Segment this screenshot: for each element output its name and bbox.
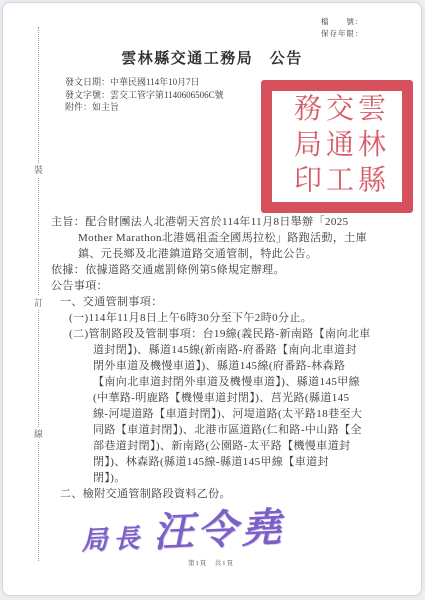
file-number-block: 檔 號： 保存年限：: [321, 16, 364, 40]
body-line: Mother Marathon北港媽祖盃全國馬拉松」路跑活動，土庫: [51, 230, 407, 246]
attachment-line: 附件：如主旨: [65, 101, 224, 114]
body-line: 【南向北車道封閉外車道及機慢車道】)、縣道145甲線: [51, 374, 407, 390]
body-line: (中華路-明鹿路【機慢車道封閉】)、莒光路(縣道145: [51, 390, 407, 406]
document-page: 裝 訂 線 檔 號： 保存年限： 雲林縣交通工務局 公告 發文日期：中華民國11…: [2, 2, 422, 596]
document-meta: 發文日期：中華民國114年10月7日 發文字號：雲交工管字第1140606506…: [65, 76, 224, 114]
binding-mark-zhuang: 裝: [32, 163, 45, 177]
body-line: 道封閉】)、縣道145線(新南路-府番路【南向北車道封: [51, 342, 407, 358]
binding-dotted-line: [38, 27, 39, 561]
page-number: 第1頁 共1頁: [188, 558, 234, 567]
file-number-label: 檔 號：: [321, 16, 364, 28]
official-seal: 雲林縣 交通工 務局印: [261, 80, 413, 213]
retention-period-label: 保存年限：: [321, 28, 364, 40]
body-line: 公告事項：: [51, 278, 407, 294]
body-line: 閉外車道及機慢車道】)、縣道145線(府番路-林森路: [51, 358, 407, 374]
seal-column-2: 交通工: [323, 93, 351, 200]
body-line: 依據：依據道路交通處罰條例第5條規定辦理。: [51, 262, 407, 278]
body-line: 部巷道封閉】)、新南路(公園路-太平路【機慢車道封: [51, 438, 407, 454]
body-line: 同路【車道封閉】)、北港市區道路(仁和路-中山路【全: [51, 422, 407, 438]
signature-name: 汪令堯: [152, 496, 286, 559]
body-line: 線-河堤道路【車道封閉】)、河堤道路(太平路18巷至大: [51, 406, 407, 422]
seal-column-1: 雲林縣: [355, 93, 383, 200]
seal-column-3: 務局印: [291, 93, 319, 200]
signature-title: 局長: [81, 518, 147, 558]
document-title: 雲林縣交通工務局 公告: [3, 47, 421, 68]
binding-mark-xian: 線: [32, 427, 45, 441]
body-line: 閉】)。: [51, 470, 407, 486]
binding-mark-ding: 訂: [32, 296, 45, 310]
body-line: (一)114年11月8日上午6時30分至下午2時0分止。: [51, 310, 407, 326]
director-signature: 局長 汪令堯: [80, 496, 286, 562]
document-body: 主旨：配合財團法人北港朝天宮於114年11月8日舉辦「2025 Mother M…: [51, 214, 407, 502]
body-line: (二)管制路段及管制事項：台19線(義民路-新南路【南向北車: [51, 326, 407, 342]
issue-date-line: 發文日期：中華民國114年10月7日: [65, 76, 224, 89]
doc-number-line: 發文字號：雲交工管字第1140606506C號: [65, 89, 224, 102]
body-line: 主旨：配合財團法人北港朝天宮於114年11月8日舉辦「2025: [51, 214, 407, 230]
body-line: 鎮、元長鄉及北港鎮道路交通管制，特此公告。: [51, 246, 407, 262]
body-line: 閉】)、林森路(縣道145線-縣道145甲線【車道封: [51, 454, 407, 470]
body-line: 一、交通管制事項：: [51, 294, 407, 310]
